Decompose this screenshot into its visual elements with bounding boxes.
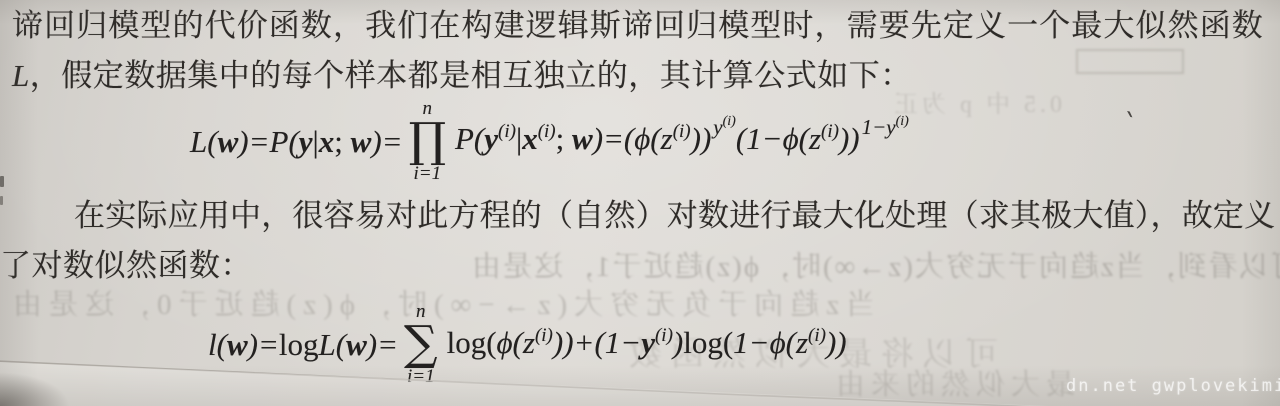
math-token: ; xyxy=(334,124,350,159)
superscript-i: (i) xyxy=(808,325,826,346)
watermark-text: dn.net gwplovekimi xyxy=(1066,376,1280,396)
math-token: y xyxy=(641,325,655,360)
bleed-through-text: 最大似然的来由 xyxy=(830,362,1075,403)
math-token: x xyxy=(522,121,538,156)
bleed-through-text: 可以看到，当z趋向于无穷大(z→∞)时，ϕ(z)趋近于1，这是由 xyxy=(470,244,1280,285)
formula-lhs: L(w)=P(y|x; w)= xyxy=(190,120,403,164)
superscript-i: (i) xyxy=(821,121,839,142)
math-token: w xyxy=(227,327,248,362)
likelihood-formula: L(w)=P(y|x; w)= n ∏ i=1 P(y(i)|x(i); w)=… xyxy=(190,100,909,184)
formula-rhs: P(y(i)|x(i); w)=(ϕ(z(i)))y(i)(1−ϕ(z(i)))… xyxy=(455,117,909,168)
math-token: y xyxy=(484,121,498,156)
superscript-i: (i) xyxy=(538,121,556,142)
superscript-i: (i) xyxy=(655,325,673,346)
math-token: )= xyxy=(367,327,398,362)
paragraph2-line1: 在实际应用中，很容易对此方程的（自然）对数进行最大化处理（求其极大值），故定义 xyxy=(12,194,1275,238)
math-token: ; xyxy=(556,121,572,156)
superscript-i: (i) xyxy=(498,121,516,142)
exponent-y: y xyxy=(713,115,722,139)
math-token: )= xyxy=(371,124,402,159)
product-lower-index: i=1 xyxy=(413,164,441,184)
summation-lower-index: i=1 xyxy=(407,367,435,387)
exponent-index-i: (i) xyxy=(896,114,909,129)
math-token: l( xyxy=(208,327,227,362)
log-likelihood-formula: l(w)=logL(w)= n ∑ i=1 log(ϕ(z(i)))+(1−y(… xyxy=(208,303,847,387)
product-operator: n ∏ i=1 xyxy=(409,100,446,184)
superscript-i: (i) xyxy=(535,325,553,346)
math-token: ϕ(z xyxy=(497,325,535,360)
math-token: y xyxy=(299,124,313,159)
math-token: w xyxy=(346,327,367,362)
log-operator: log( xyxy=(447,325,497,360)
left-edge-fragment xyxy=(0,196,3,205)
accent-mark: ` xyxy=(1119,107,1140,142)
math-token: )=P( xyxy=(238,124,299,159)
bottom-left-corner-shadow xyxy=(0,372,70,406)
summation-operator: n ∑ i=1 xyxy=(404,303,438,387)
math-token: ) xyxy=(673,325,683,360)
math-token: w xyxy=(218,124,239,159)
math-token: L( xyxy=(319,327,347,362)
math-token: x xyxy=(319,124,335,159)
paragraph2-line2: 了对数似然函数： xyxy=(0,244,252,288)
formula-lhs: l(w)=logL(w)= xyxy=(208,323,398,367)
superscript-i: (i) xyxy=(673,121,691,142)
math-token: )) xyxy=(839,121,860,156)
log-operator: log( xyxy=(683,325,733,360)
formula-rhs: log(ϕ(z(i)))+(1−y(i))log(1−ϕ(z(i))) xyxy=(447,321,847,370)
product-symbol: ∏ xyxy=(409,118,446,164)
math-token: 1−ϕ(z xyxy=(733,325,808,360)
log-operator: log xyxy=(279,327,319,362)
math-token: )= xyxy=(248,327,279,362)
paragraph1-line1: 谛回归模型的代价函数，我们在构建逻辑斯谛回归模型时，需要先定义一个最大似然函数 xyxy=(12,4,1264,48)
math-token: ))+(1− xyxy=(553,325,641,360)
bleed-through-text: 0.5 中 p 为正 xyxy=(890,84,1062,119)
math-token: )) xyxy=(826,325,847,360)
math-token: L( xyxy=(190,124,218,159)
exponent-one-minus-y: 1−y xyxy=(862,115,896,139)
paragraph1-line2: L，假定数据集中的每个样本都是相互独立的，其计算公式如下： xyxy=(12,54,912,98)
bleed-through-box xyxy=(1076,49,1184,74)
math-token: )) xyxy=(691,121,712,156)
exponent-index-i: (i) xyxy=(723,114,736,129)
summation-symbol: ∑ xyxy=(404,321,438,367)
math-var-L: L xyxy=(12,58,30,93)
paragraph1-line2-text: ，假定数据集中的每个样本都是相互独立的，其计算公式如下： xyxy=(30,58,912,93)
math-token: (1−ϕ(z xyxy=(736,121,821,156)
math-token: )=(ϕ(z xyxy=(593,121,673,156)
math-token: w xyxy=(572,121,593,156)
math-token: P( xyxy=(455,121,484,156)
left-edge-fragment xyxy=(0,176,4,187)
book-page-photo: 0.5 中 p 为正 可以看到，当z趋向于无穷大(z→∞)时，ϕ(z)趋近于1，… xyxy=(0,0,1280,406)
math-token: w xyxy=(351,124,372,159)
